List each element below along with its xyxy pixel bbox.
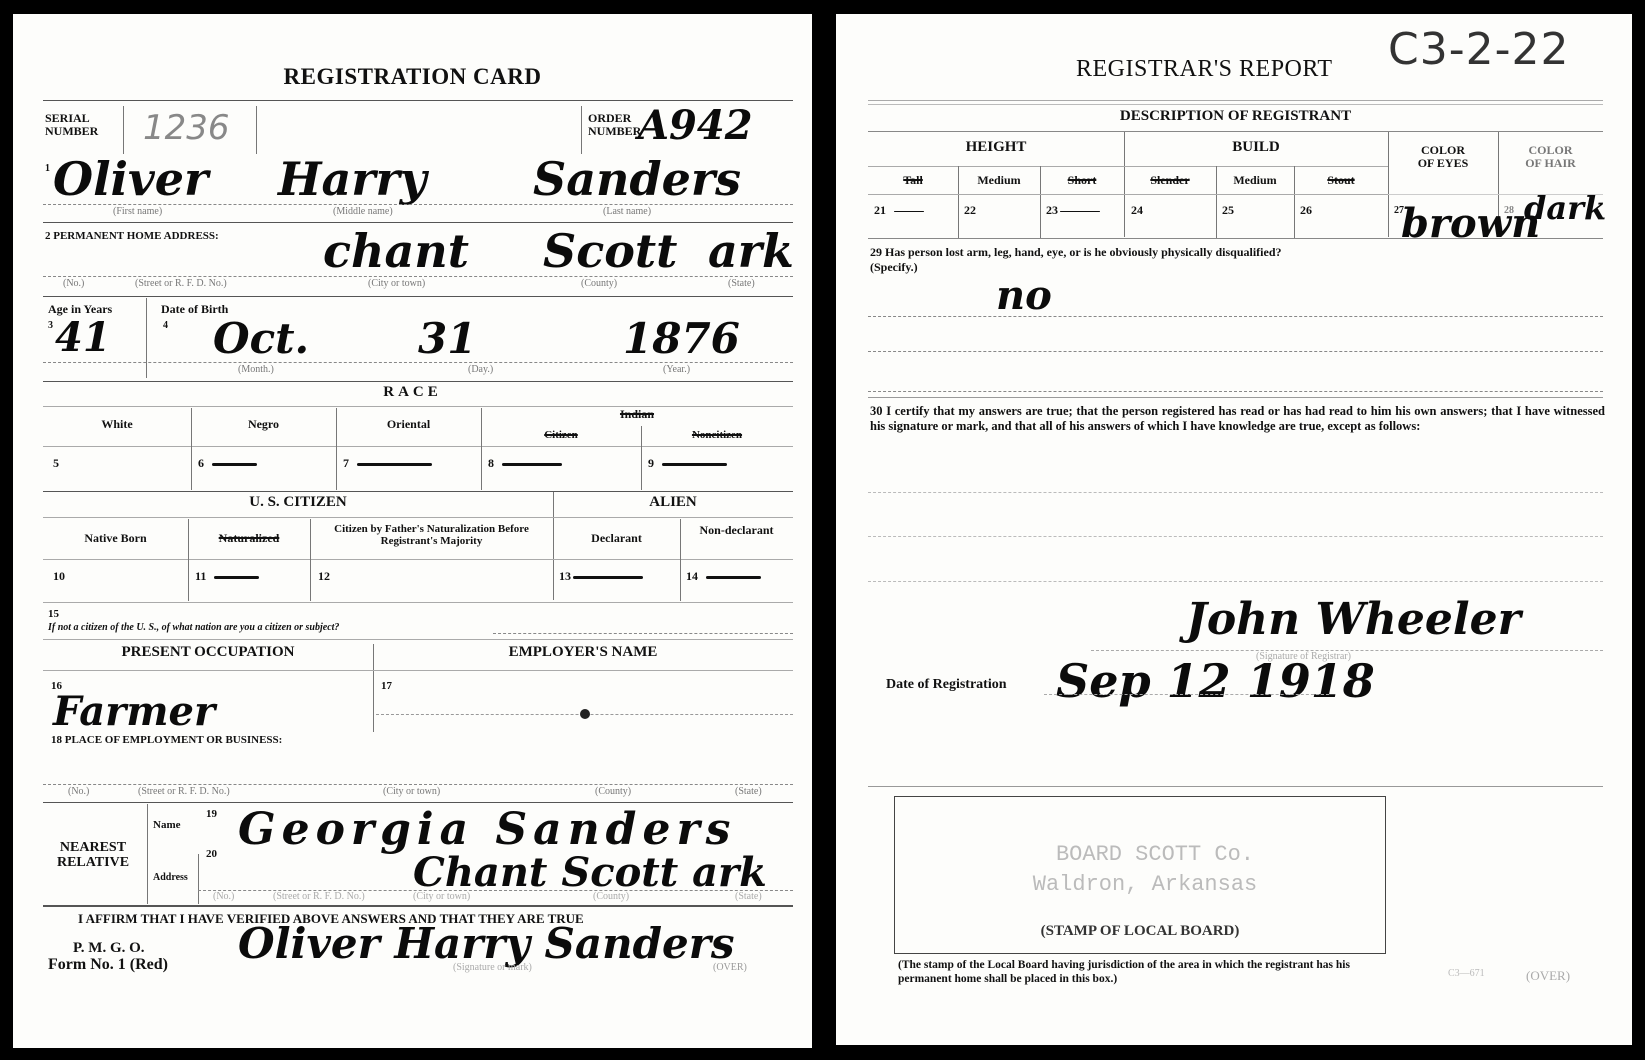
divider	[198, 854, 199, 904]
build-heading: BUILD	[1124, 141, 1388, 154]
divider	[336, 408, 337, 490]
citizen-by-father-header: Citizen by Father's Naturalization Befor…	[310, 523, 553, 547]
relative-address-value: Chant Scott ark	[413, 849, 767, 896]
stamp-caption: (STAMP OF LOCAL BOARD)	[895, 923, 1385, 940]
build-slender-header: Slender	[1124, 174, 1216, 187]
height-tall-cell: 21	[874, 204, 924, 217]
naturalized-cell: 11	[195, 570, 259, 583]
caption: (No.)	[213, 891, 234, 902]
age-value: 41	[55, 314, 111, 361]
caption: (County)	[593, 891, 629, 902]
height-short-cell: 23	[1046, 204, 1100, 217]
divider	[43, 639, 793, 640]
first-name-caption: (First name)	[113, 206, 162, 217]
faded-stamp-text: BOARD SCOTT Co.	[955, 842, 1355, 867]
field-number: 17	[381, 680, 392, 693]
home-address-label: 2 PERMANENT HOME ADDRESS:	[45, 230, 219, 243]
caption: (Day.)	[468, 364, 493, 375]
caption: (State)	[735, 891, 762, 902]
divider	[43, 296, 793, 297]
race-negro-cell: 6	[198, 457, 257, 470]
height-tall-header: Tall	[868, 174, 958, 187]
divider	[868, 391, 1603, 392]
middle-name-caption: (Middle name)	[333, 206, 393, 217]
native-born-header: Native Born	[43, 532, 188, 545]
home-city: chant	[323, 224, 469, 278]
divider	[868, 166, 1124, 167]
caption: (No.)	[63, 278, 84, 289]
divider	[191, 408, 192, 490]
last-name-caption: (Last name)	[603, 206, 651, 217]
divider	[43, 602, 793, 603]
card-title: REGISTRATION CARD	[13, 64, 812, 90]
divider	[553, 492, 554, 600]
local-board-stamp-box: BOARD SCOTT Co. Waldron, Arkansas (STAMP…	[894, 796, 1386, 954]
middle-name: Harry	[278, 152, 426, 206]
stamp-note: (The stamp of the Local Board having jur…	[898, 958, 1388, 986]
divider	[43, 381, 793, 382]
registrar-signature: John Wheeler	[1186, 594, 1521, 645]
form-code: C3—671	[1448, 968, 1485, 979]
caption: (State)	[735, 786, 762, 797]
divider	[868, 316, 1603, 317]
divider	[146, 298, 147, 378]
dash-mark	[212, 463, 257, 466]
dash-mark	[662, 463, 727, 466]
divider	[868, 536, 1603, 537]
divider	[43, 446, 793, 447]
divider	[310, 519, 311, 601]
divider	[1040, 166, 1041, 238]
caption: (City or town)	[383, 786, 440, 797]
dob-year: 1876	[623, 314, 740, 363]
height-short-header: Short	[1040, 174, 1124, 187]
race-white-header: White	[43, 418, 191, 431]
build-slender-cell: 24	[1131, 204, 1143, 217]
registrant-signature: Oliver Harry Sanders	[238, 919, 735, 968]
height-medium-header: Medium	[958, 174, 1040, 187]
nearest-relative-label: NEAREST RELATIVE	[43, 840, 143, 870]
race-indian-noncitizen-cell: 9	[648, 457, 727, 470]
divider	[641, 426, 642, 490]
foreign-nation-question: If not a citizen of the U. S., of what n…	[48, 621, 339, 634]
divider	[43, 204, 793, 205]
non-declarant-cell: 14	[686, 570, 761, 583]
divider	[43, 222, 793, 223]
naturalized-header: Naturalized	[188, 532, 310, 545]
divider	[958, 166, 959, 238]
divider	[868, 492, 1603, 493]
dob-day: 31	[418, 314, 476, 363]
caption: (Street or R. F. D. No.)	[135, 278, 227, 289]
order-number-label: ORDER NUMBER	[588, 112, 641, 138]
over-label: (OVER)	[1526, 968, 1570, 984]
divider	[256, 106, 257, 154]
race-oriental-cell: 7	[343, 457, 432, 470]
divider	[188, 519, 189, 601]
divider	[1124, 194, 1388, 195]
build-stout-cell: 26	[1300, 204, 1312, 217]
build-medium-cell: 25	[1222, 204, 1234, 217]
order-number-value: A942	[638, 102, 753, 149]
citizen-by-father-cell: 12	[318, 570, 330, 583]
alien-heading: ALIEN	[553, 496, 793, 509]
certification-text: 30 I certify that my answers are true; t…	[870, 404, 1605, 434]
caption: (County)	[581, 278, 617, 289]
divider	[147, 804, 148, 904]
specify-label: (Specify.)	[870, 261, 918, 274]
race-indian-citizen-cell: 8	[488, 457, 562, 470]
last-name: Sanders	[533, 152, 741, 206]
hair-color-value: dark	[1524, 189, 1606, 227]
dash-mark	[573, 576, 643, 579]
description-heading: DESCRIPTION OF REGISTRANT	[868, 110, 1603, 123]
occupation-value: Farmer	[53, 688, 215, 735]
declarant-cell: 13	[559, 570, 643, 583]
dob-month: Oct.	[213, 314, 309, 363]
occupation-heading: PRESENT OCCUPATION	[43, 646, 373, 659]
divider	[481, 408, 482, 490]
divider	[43, 905, 793, 907]
over-label: (OVER)	[713, 962, 747, 973]
employment-place-label: 18 PLACE OF EMPLOYMENT OR BUSINESS:	[51, 734, 282, 747]
race-oriental-header: Oriental	[336, 418, 481, 431]
race-indian-header: Indian	[481, 408, 793, 421]
divider	[43, 802, 793, 803]
home-state: ark	[708, 224, 794, 278]
build-stout-header: Stout	[1294, 174, 1388, 187]
relative-address-label: Address	[153, 871, 188, 884]
divider	[43, 406, 793, 407]
field-number: 19	[206, 808, 217, 821]
divider	[43, 517, 793, 518]
dash-mark	[894, 211, 924, 212]
ink-dot	[580, 709, 590, 719]
stamp-code: C3-2-22	[1388, 24, 1569, 75]
dash-mark	[502, 463, 562, 466]
caption: (City or town)	[413, 891, 470, 902]
disqualification-question: 29 Has person lost arm, leg, hand, eye, …	[870, 246, 1282, 259]
divider	[1044, 694, 1329, 695]
first-name: Oliver	[53, 152, 208, 206]
divider	[868, 238, 1603, 239]
caption: (Year.)	[663, 364, 690, 375]
employer-heading: EMPLOYER'S NAME	[373, 646, 793, 659]
divider	[868, 581, 1603, 582]
race-heading: RACE	[13, 386, 812, 399]
dash-mark	[214, 576, 259, 579]
divider	[868, 100, 1603, 101]
divider	[43, 670, 793, 671]
field-number: 3	[48, 319, 53, 332]
faded-stamp-text: Waldron, Arkansas	[935, 872, 1355, 897]
dash-mark	[706, 576, 761, 579]
declarant-header: Declarant	[553, 532, 680, 545]
field-number: 1	[45, 162, 50, 175]
caption: (State)	[728, 278, 755, 289]
divider	[373, 644, 374, 732]
report-title: REGISTRAR'S REPORT	[1076, 56, 1333, 83]
hair-heading: COLOR OF HAIR	[1498, 144, 1603, 170]
caption: (No.)	[68, 786, 89, 797]
divider	[43, 276, 793, 277]
divider	[868, 351, 1603, 352]
divider	[868, 786, 1603, 787]
date-of-registration-value: Sep 12 1918	[1056, 654, 1375, 708]
field-number: 28	[1504, 204, 1514, 217]
date-of-registration-label: Date of Registration	[886, 678, 1007, 691]
pmgo-label: P. M. G. O.	[73, 942, 145, 955]
serial-number-label: SERIAL NUMBER	[45, 112, 98, 138]
divider	[1216, 166, 1217, 238]
divider	[868, 104, 1603, 105]
field-number: 20	[206, 848, 217, 861]
divider	[1294, 166, 1295, 238]
race-indian-noncitizen-header: Noncitizen	[641, 429, 793, 442]
divider	[123, 106, 124, 154]
non-declarant-header: Non-declarant	[680, 524, 793, 537]
race-white-cell: 5	[53, 457, 59, 470]
divider	[680, 519, 681, 601]
field-number: 15	[48, 608, 59, 621]
dash-mark	[1060, 211, 1100, 212]
divider	[868, 131, 1603, 132]
us-citizen-heading: U. S. CITIZEN	[43, 496, 553, 509]
race-indian-citizen-header: Citizen	[481, 429, 641, 442]
divider	[43, 100, 793, 101]
divider	[43, 362, 793, 363]
caption: (Street or R. F. D. No.)	[273, 891, 365, 902]
divider	[1124, 166, 1388, 167]
relative-name-label: Name	[153, 819, 181, 832]
disqualification-answer: no	[996, 272, 1052, 319]
build-medium-header: Medium	[1216, 174, 1294, 187]
eye-color-value: brown	[1401, 200, 1540, 247]
height-heading: HEIGHT	[868, 141, 1124, 154]
divider	[868, 397, 1603, 398]
serial-number-value: 1236	[143, 108, 230, 148]
caption: (City or town)	[368, 278, 425, 289]
dash-mark	[357, 463, 432, 466]
registration-card: REGISTRATION CARD SERIAL NUMBER 1236 ORD…	[13, 14, 812, 1048]
race-negro-header: Negro	[191, 418, 336, 431]
field-number: 4	[163, 319, 168, 332]
caption: (Signature or mark)	[453, 962, 532, 973]
divider	[43, 784, 793, 785]
eyes-heading: COLOR OF EYES	[1388, 144, 1498, 170]
native-born-cell: 10	[53, 570, 65, 583]
caption: (Street or R. F. D. No.)	[138, 786, 230, 797]
divider	[868, 194, 1124, 195]
divider	[581, 106, 582, 154]
relative-name-value: Georgia Sanders	[238, 804, 736, 855]
divider	[43, 491, 793, 492]
caption: (Month.)	[238, 364, 274, 375]
form-number-label: Form No. 1 (Red)	[48, 958, 168, 971]
height-medium-cell: 22	[964, 204, 976, 217]
caption: (County)	[595, 786, 631, 797]
registrars-report-card: REGISTRAR'S REPORT C3-2-22 DESCRIPTION O…	[836, 14, 1632, 1045]
home-county: Scott	[543, 224, 677, 278]
divider	[493, 633, 793, 634]
